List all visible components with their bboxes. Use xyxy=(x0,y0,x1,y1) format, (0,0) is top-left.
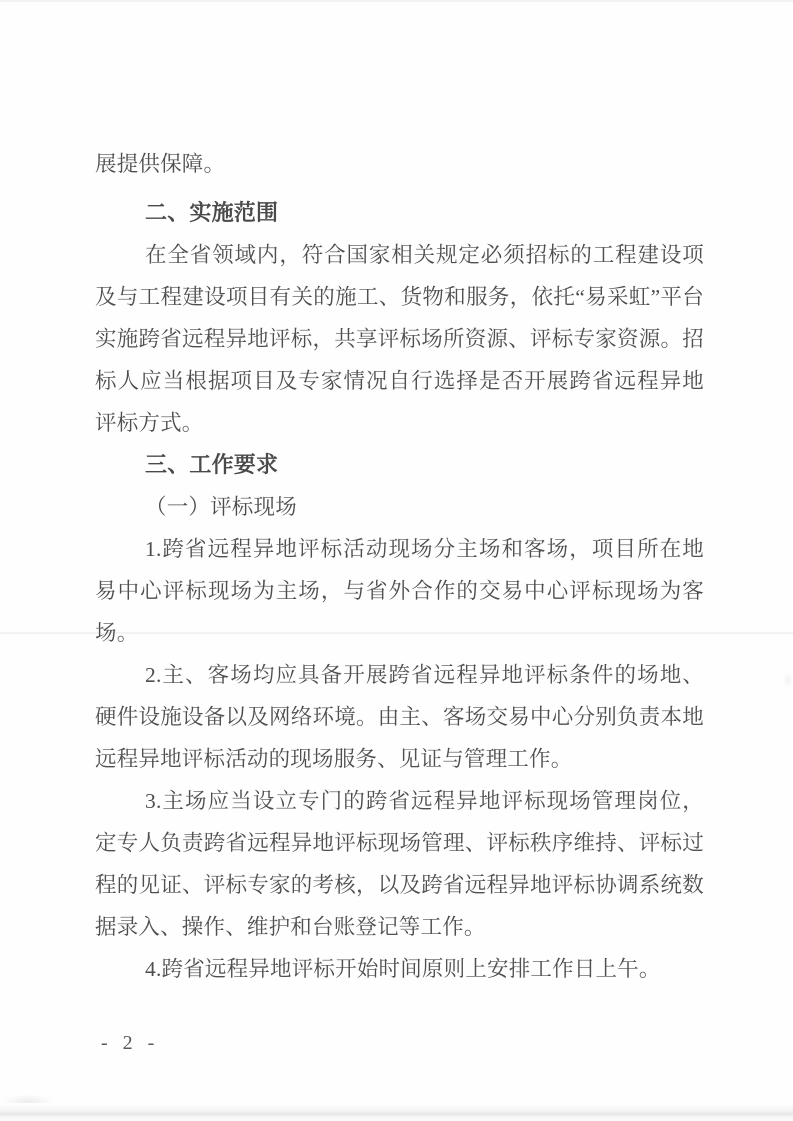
scan-artifact-right-smudge xyxy=(783,672,793,688)
text-line: 1.跨省远程异地评标活动现场分主场和客场，项目所在地交 xyxy=(95,528,704,570)
text-line: 硬件设施设备以及网络环境。由主、客场交易中心分别负责本地 xyxy=(95,696,704,738)
text-line: 4.跨省远程异地评标开始时间原则上安排工作日上午。 xyxy=(95,948,704,990)
scanned-document-page: 展提供保障。二、实施范围在全省领域内，符合国家相关规定必须招标的工程建设项目及与… xyxy=(0,0,793,1121)
text-line: 远程异地评标活动的现场服务、见证与管理工作。 xyxy=(95,738,704,780)
section-heading: 二、实施范围 xyxy=(95,192,704,234)
subsection-heading: （一）评标现场 xyxy=(95,486,704,528)
text-line: 评标方式。 xyxy=(95,402,704,444)
section-heading: 三、工作要求 xyxy=(95,444,704,486)
text-line: 实施跨省远程异地评标，共享评标场所资源、评标专家资源。招 xyxy=(95,318,704,360)
document-body: 展提供保障。二、实施范围在全省领域内，符合国家相关规定必须招标的工程建设项目及与… xyxy=(95,143,704,990)
text-line: 3.主场应当设立专门的跨省远程异地评标现场管理岗位，指 xyxy=(95,780,704,822)
text-line: 展提供保障。 xyxy=(95,143,704,185)
text-line: 场。 xyxy=(95,612,704,654)
text-line: 易中心评标现场为主场，与省外合作的交易中心评标现场为客 xyxy=(95,570,704,612)
text-line: 在全省领域内，符合国家相关规定必须招标的工程建设项目 xyxy=(95,234,704,276)
text-line: 程的见证、评标专家的考核，以及跨省远程异地评标协调系统数 xyxy=(95,864,704,906)
text-line: 2.主、客场均应具备开展跨省远程异地评标条件的场地、软 xyxy=(95,654,704,696)
scan-artifact-top-line xyxy=(0,0,793,2)
page-bottom-edge-shadow xyxy=(0,1103,793,1121)
page-number: - 2 - xyxy=(101,1032,159,1055)
text-line: 及与工程建设项目有关的施工、货物和服务，依托“易采虹”平台 xyxy=(95,276,704,318)
text-line: 定专人负责跨省远程异地评标现场管理、评标秩序维持、评标过 xyxy=(95,822,704,864)
text-line: 标人应当根据项目及专家情况自行选择是否开展跨省远程异地 xyxy=(95,360,704,402)
text-line: 据录入、操作、维护和台账登记等工作。 xyxy=(95,906,704,948)
